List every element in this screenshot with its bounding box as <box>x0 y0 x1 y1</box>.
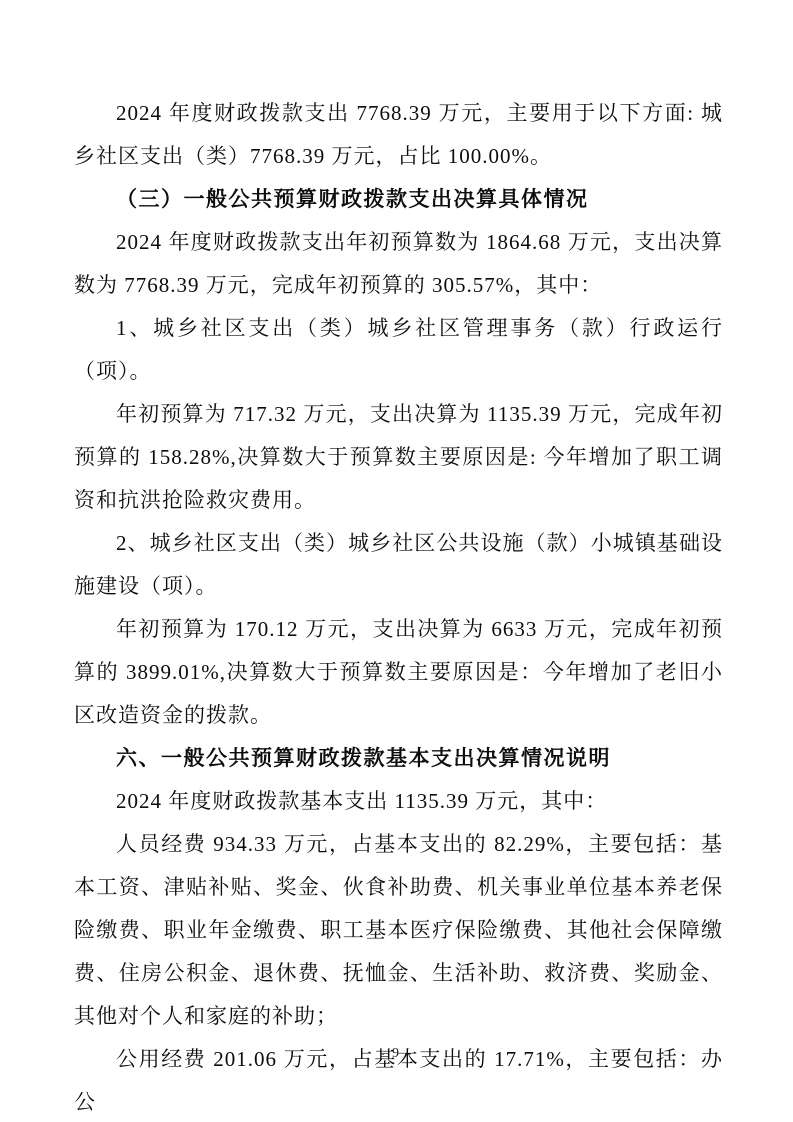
paragraph-item-1-urban-rural-admin-operation: 1、城乡社区支出（类）城乡社区管理事务（款）行政运行（项）。 <box>74 307 723 393</box>
paragraph-item-1-budget-detail: 年初预算为 717.32 万元，支出决算为 1135.39 万元，完成年初预算的… <box>74 393 723 522</box>
heading-section-three-general-budget-expenditure-details: （三）一般公共预算财政拨款支出决算具体情况 <box>74 178 723 221</box>
paragraph-budget-vs-final-accounts: 2024 年度财政拨款支出年初预算数为 1864.68 万元，支出决算数为 77… <box>74 221 723 307</box>
paragraph-item-2-budget-detail: 年初预算为 170.12 万元，支出决算为 6633 万元，完成年初预算的 38… <box>74 608 723 737</box>
paragraph-2024-expenditure-summary: 2024 年度财政拨款支出 7768.39 万元，主要用于以下方面: 城乡社区支… <box>74 92 723 178</box>
paragraph-item-2-public-facilities: 2、城乡社区支出（类）城乡社区公共设施（款）小城镇基础设施建设（项）。 <box>74 522 723 608</box>
heading-section-six-basic-expenditure-statement: 六、一般公共预算财政拨款基本支出决算情况说明 <box>74 737 723 780</box>
paragraph-personnel-funds-detail: 人员经费 934.33 万元，占基本支出的 82.29%，主要包括：基本工资、津… <box>74 823 723 1038</box>
document-page: 2024 年度财政拨款支出 7768.39 万元，主要用于以下方面: 城乡社区支… <box>0 0 793 1122</box>
document-body: 2024 年度财政拨款支出 7768.39 万元，主要用于以下方面: 城乡社区支… <box>74 92 723 1122</box>
page-number: - 9 - <box>0 1046 793 1062</box>
paragraph-basic-expenditure-total: 2024 年度财政拨款基本支出 1135.39 万元，其中： <box>74 780 723 823</box>
